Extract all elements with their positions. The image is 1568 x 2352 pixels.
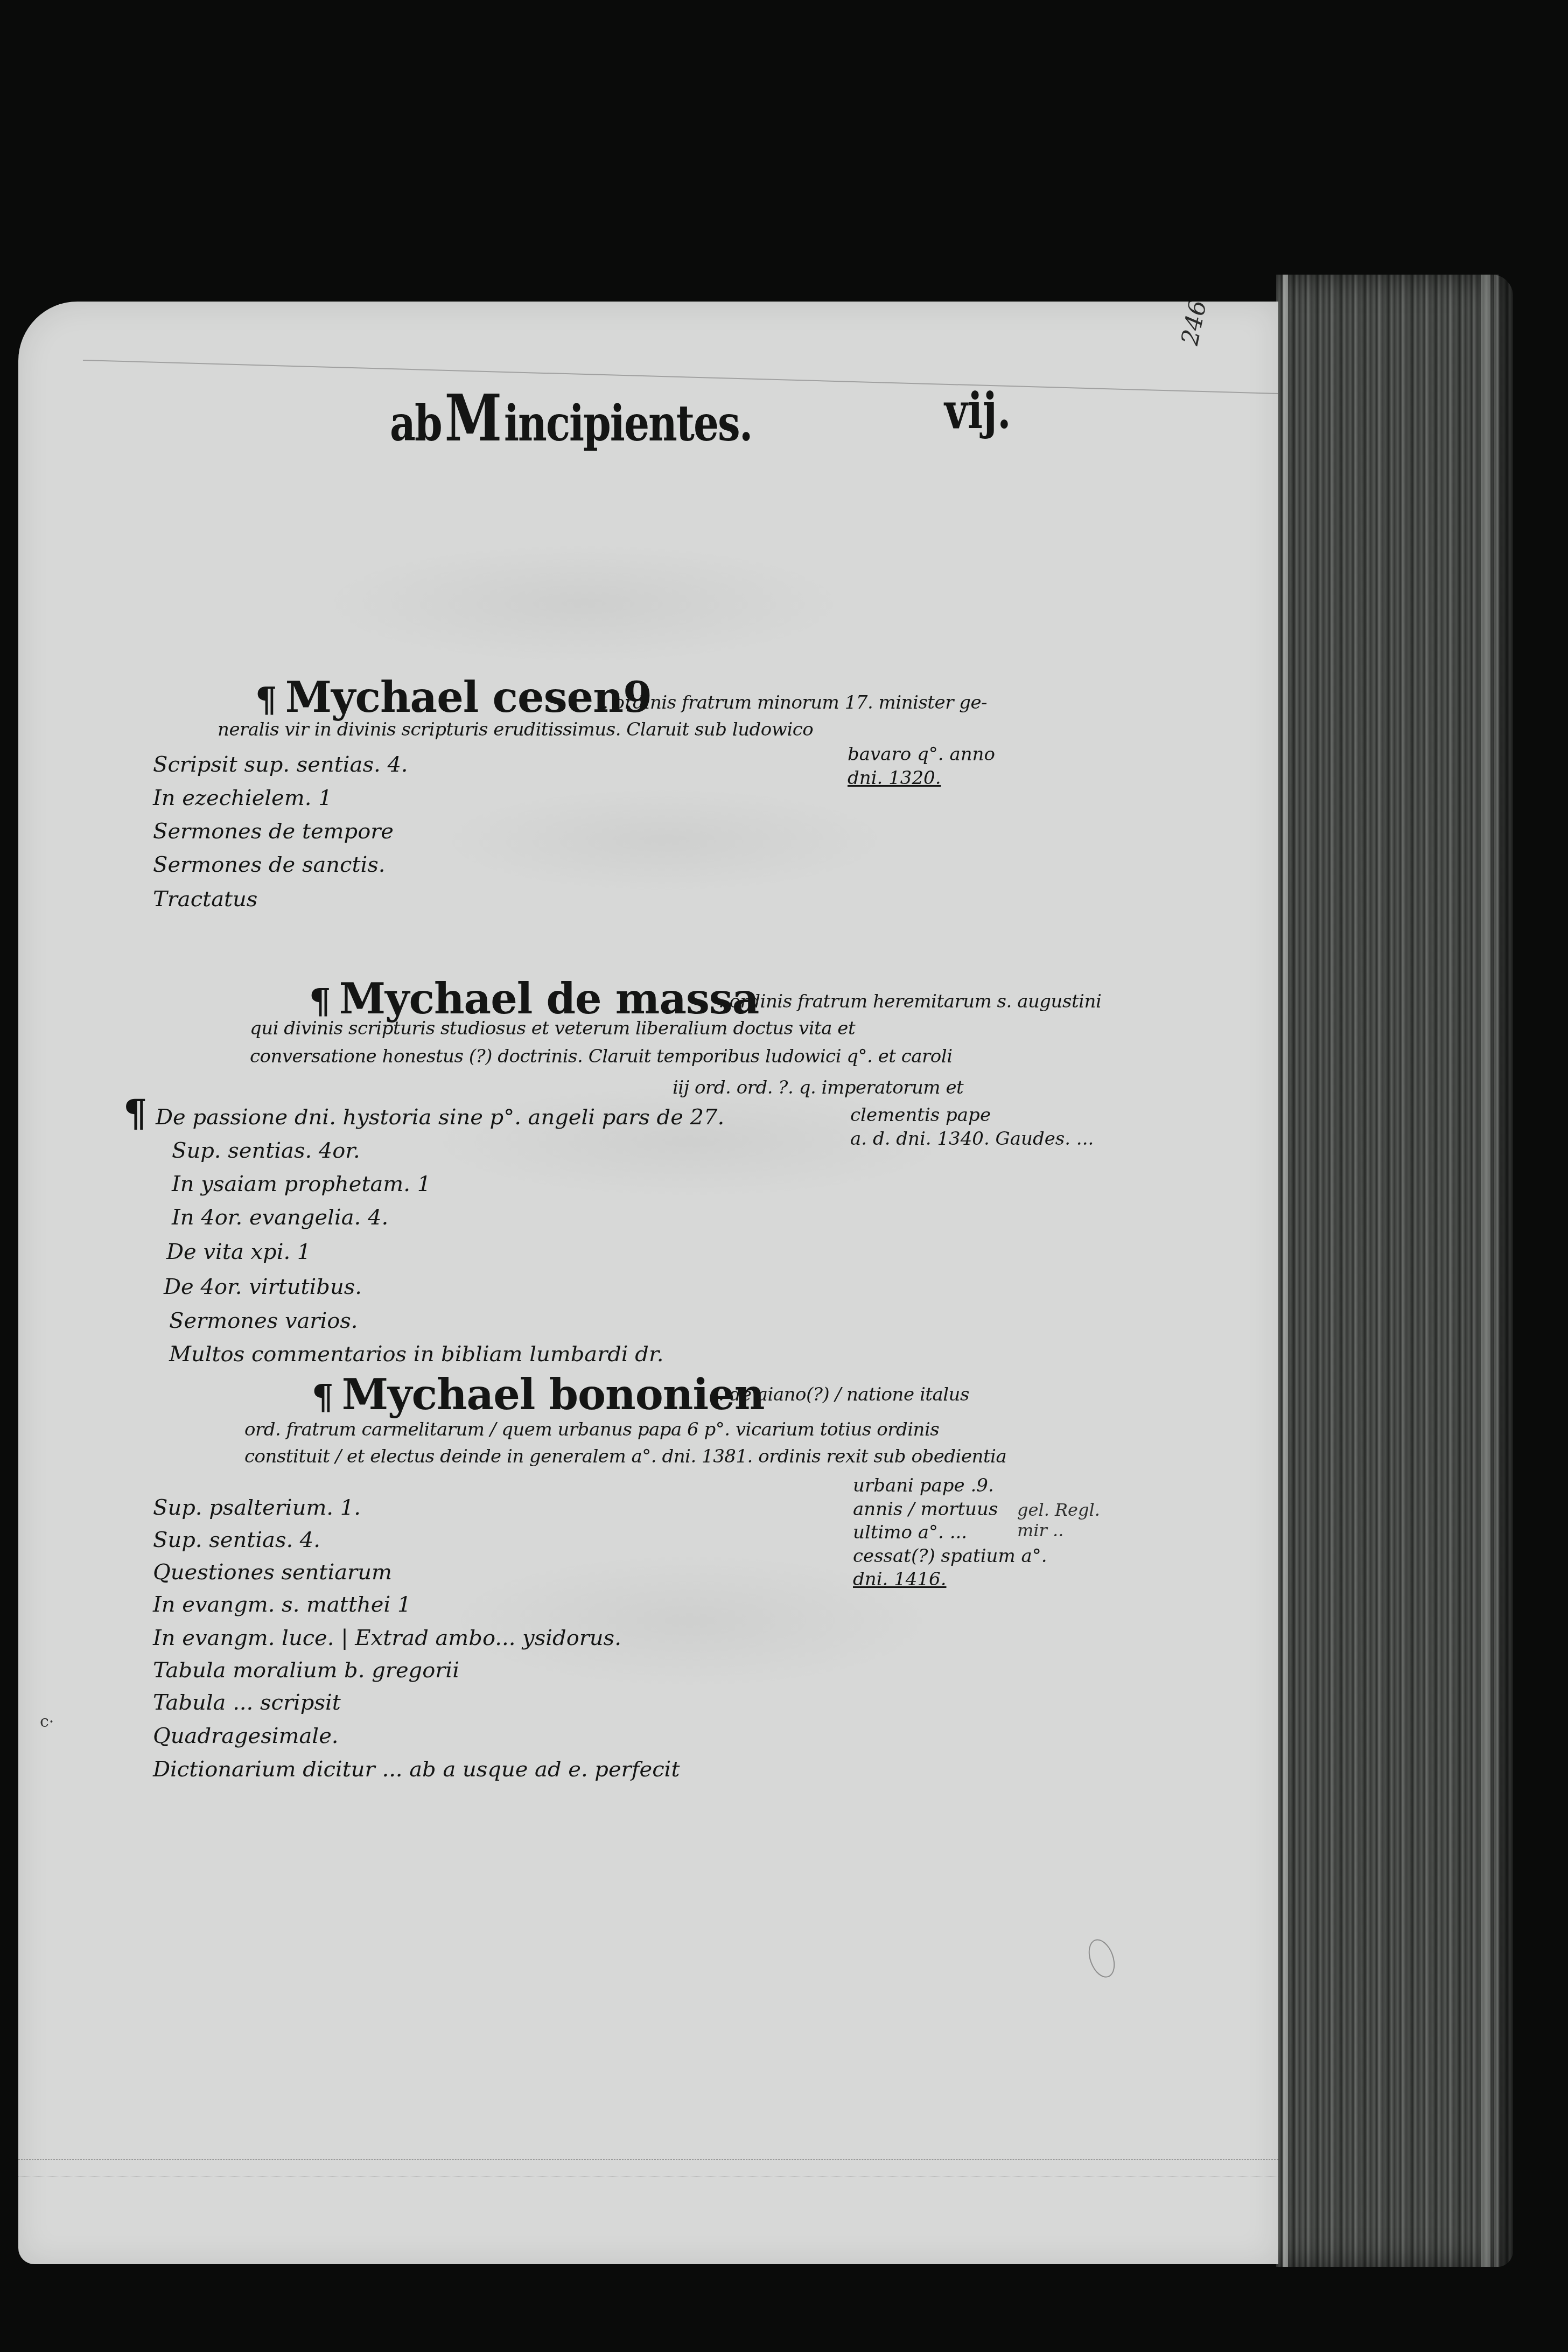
- entry-description-line: . ordinis fratrum heremitarum s. augusti…: [718, 991, 1101, 1012]
- manuscript-page: abMincipientes. vij. 246 ¶Mychael cesen9…: [18, 302, 1278, 2264]
- work-item: Quadragesimale.: [153, 1725, 339, 1747]
- work-item: Questiones sentiarum: [153, 1562, 392, 1583]
- work-item: In ezechielem. 1: [153, 787, 332, 809]
- later-note-line: mir ..: [1017, 1520, 1100, 1541]
- sidenote-line: bavaro q°. anno: [848, 743, 995, 767]
- paragraph-mark-icon: ¶: [312, 1377, 333, 1418]
- work-item: In evangm. s. matthei 1: [153, 1594, 411, 1615]
- page-edge-highlight: [1481, 275, 1490, 2267]
- work-item: Tractatus: [153, 888, 257, 910]
- margin-mark: c·: [40, 1712, 54, 1731]
- work-item: Sup. sentias. 4.: [153, 1529, 320, 1551]
- work-item: Sermones varios.: [169, 1310, 358, 1332]
- page-edge-highlight: [1283, 275, 1288, 2267]
- entry-description-line: qui divinis scripturis studiosus et vete…: [250, 1018, 855, 1039]
- entry-name: Mychael cesen9: [285, 673, 652, 722]
- sidenote-line: a. d. dni. 1340. Gaudes. ...: [850, 1128, 1094, 1151]
- header-word: incipientes.: [504, 395, 752, 453]
- paragraph-mark-icon: ¶: [309, 982, 331, 1022]
- running-header: abMincipientes.: [390, 380, 752, 456]
- quire-mark: vij.: [944, 382, 1011, 440]
- paragraph-mark-icon: ¶: [255, 680, 277, 720]
- margin-paragraph-mark-icon: ¶: [123, 1090, 148, 1135]
- work-item: In 4or. evangelia. 4.: [172, 1207, 388, 1228]
- work-item: Sup. psalterium. 1.: [153, 1497, 361, 1518]
- work-item: Dictionarium dicitur ... ab a usque ad e…: [153, 1759, 680, 1780]
- sidenote-line: dni. 1416.: [853, 1568, 1047, 1592]
- header-capital: M: [445, 380, 501, 456]
- work-item: Sup. sentias. 4or.: [172, 1140, 360, 1161]
- page-edge-highlight: [1494, 275, 1499, 2267]
- entry-name: Mychael bononien: [342, 1370, 765, 1419]
- entry-name: Mychael de massa: [339, 975, 759, 1024]
- paper-damage-line: [18, 2159, 1278, 2176]
- entry-title: ¶Mychael cesen9: [255, 673, 652, 722]
- entry-description-line: conversatione honestus (?) doctrinis. Cl…: [250, 1046, 953, 1067]
- work-item: De vita xpi. 1: [166, 1241, 311, 1263]
- entry-sidenote: bavaro q°. anno dni. 1320.: [848, 743, 995, 790]
- work-item: Tabula ... scripsit: [153, 1692, 341, 1713]
- entry-description-line: ord. fratrum carmelitarum / quem urbanus…: [244, 1419, 939, 1440]
- work-item: Tabula moralium b. gregorii: [153, 1660, 459, 1681]
- folio-number: 246: [1176, 302, 1212, 348]
- entry-title: ¶Mychael de massa: [309, 975, 759, 1024]
- work-item: In ysaiam prophetam. 1: [172, 1173, 431, 1195]
- ink-stain: [1084, 1936, 1120, 1982]
- work-item: De passione dni. hystoria sine p°. angel…: [156, 1107, 724, 1128]
- header-prefix: ab: [390, 395, 442, 453]
- entry-sidenote: clementis pape a. d. dni. 1340. Gaudes. …: [850, 1104, 1094, 1151]
- entry-description-line: constituit / et electus deinde in genera…: [244, 1446, 1006, 1467]
- work-item: In evangm. luce. | Extrad ambo... ysidor…: [153, 1627, 621, 1649]
- entry-description-line: neralis vir in divinis scripturis erudit…: [218, 719, 813, 740]
- sidenote-line: cessat(?) spatium a°.: [853, 1545, 1047, 1569]
- entry-description-line: . de aiano(?) / natione italus: [718, 1384, 969, 1405]
- entry-title: ¶Mychael bononien: [312, 1370, 765, 1419]
- sidenote-line: dni. 1320.: [848, 767, 995, 790]
- work-item: Sermones de sanctis.: [153, 854, 386, 876]
- later-note-line: gel. Regl.: [1017, 1500, 1100, 1520]
- entry-description-line: . ordinis fratrum minorum 17. minister g…: [603, 692, 987, 713]
- work-item: De 4or. virtutibus.: [164, 1276, 362, 1298]
- sidenote-line: clementis pape: [850, 1104, 1094, 1128]
- sidenote-line: urbani pape .9.: [853, 1474, 1047, 1498]
- work-item: Multos commentarios in bibliam lumbardi …: [169, 1343, 663, 1365]
- interlinear-note: iij ord. ord. ?. q. imperatorum et: [673, 1077, 963, 1098]
- work-item: Scripsit sup. sentias. 4.: [153, 754, 408, 775]
- later-hand-note: gel. Regl. mir ..: [1017, 1500, 1100, 1541]
- work-item: Sermones de tempore: [153, 821, 394, 842]
- book-fore-edge: [1276, 275, 1513, 2267]
